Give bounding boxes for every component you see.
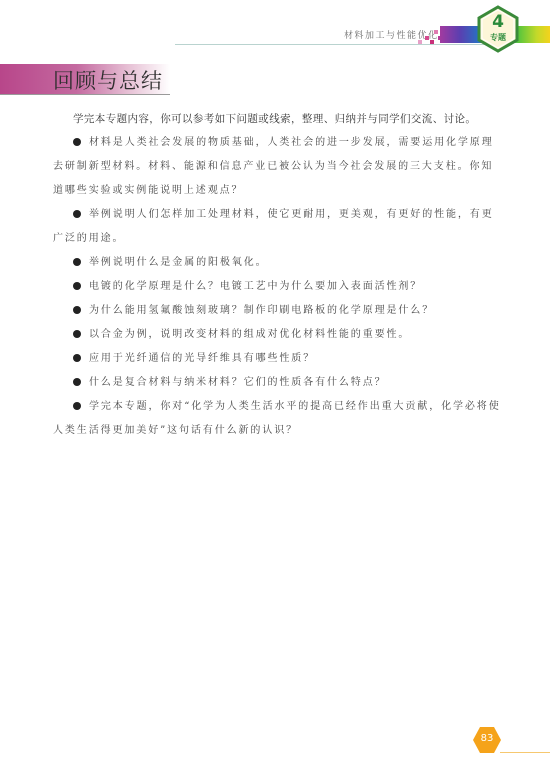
bullet-icon — [73, 210, 81, 218]
intro-paragraph: 学完本专题内容，你可以参考如下问题或线索，整理、归纳并与同学们交流、讨论。 — [53, 107, 503, 131]
list-item-text: 以合金为例，说明改变材料的组成对优化材料性能的重要性。 — [89, 329, 410, 340]
list-item-text: 什么是复合材料与纳米材料？它们的性质各有什么特点？ — [89, 377, 387, 388]
bullet-icon — [73, 138, 81, 146]
bullet-icon — [73, 378, 81, 386]
bullet-icon — [73, 402, 81, 410]
list-item-text: 应用于光纤通信的光导纤维具有哪些性质？ — [89, 353, 315, 364]
list-item-text: 举例说明人们怎样加工处理材料，使它更耐用，更美观，有更好的性能，有更广泛的用途。 — [53, 209, 494, 244]
list-item: 为什么能用氢氟酸蚀刻玻璃？制作印刷电路板的化学原理是什么？ — [53, 299, 503, 323]
list-item-text: 为什么能用氢氟酸蚀刻玻璃？制作印刷电路板的化学原理是什么？ — [89, 305, 434, 316]
list-item-text: 学完本专题，你对“化学为人类生活水平的提高已经作出重大贡献，化学必将使人类生活得… — [53, 401, 501, 436]
list-item: 什么是复合材料与纳米材料？它们的性质各有什么特点？ — [53, 371, 503, 395]
topic-label: 专题 — [476, 32, 520, 43]
bullet-icon — [73, 354, 81, 362]
list-item: 材料是人类社会发展的物质基础，人类社会的进一步发展，需要运用化学原理去研制新型材… — [53, 131, 503, 203]
page-number: 83 — [472, 733, 502, 744]
list-item: 举例说明什么是金属的阳极氧化。 — [53, 251, 503, 275]
list-item: 以合金为例，说明改变材料的组成对优化材料性能的重要性。 — [53, 323, 503, 347]
list-item: 学完本专题，你对“化学为人类生活水平的提高已经作出重大贡献，化学必将使人类生活得… — [53, 395, 503, 443]
list-item-text: 材料是人类社会发展的物质基础，人类社会的进一步发展，需要运用化学原理去研制新型材… — [53, 137, 494, 196]
topic-badge: 4 专题 — [476, 5, 520, 53]
list-item-text: 电镀的化学原理是什么？电镀工艺中为什么要加入表面活性剂？ — [89, 281, 422, 292]
list-item: 电镀的化学原理是什么？电镀工艺中为什么要加入表面活性剂？ — [53, 275, 503, 299]
footer-rule — [500, 752, 550, 753]
topic-number: 4 — [476, 12, 520, 32]
section-title: 回顾与总结 — [53, 65, 163, 95]
list-item-text: 举例说明什么是金属的阳极氧化。 — [89, 257, 268, 268]
review-content: 学完本专题内容，你可以参考如下问题或线索，整理、归纳并与同学们交流、讨论。 材料… — [53, 107, 503, 443]
list-item: 举例说明人们怎样加工处理材料，使它更耐用，更美观，有更好的性能，有更广泛的用途。 — [53, 203, 503, 251]
list-item: 应用于光纤通信的光导纤维具有哪些性质？ — [53, 347, 503, 371]
bullet-icon — [73, 306, 81, 314]
bullet-icon — [73, 282, 81, 290]
bullet-icon — [73, 330, 81, 338]
bullet-icon — [73, 258, 81, 266]
